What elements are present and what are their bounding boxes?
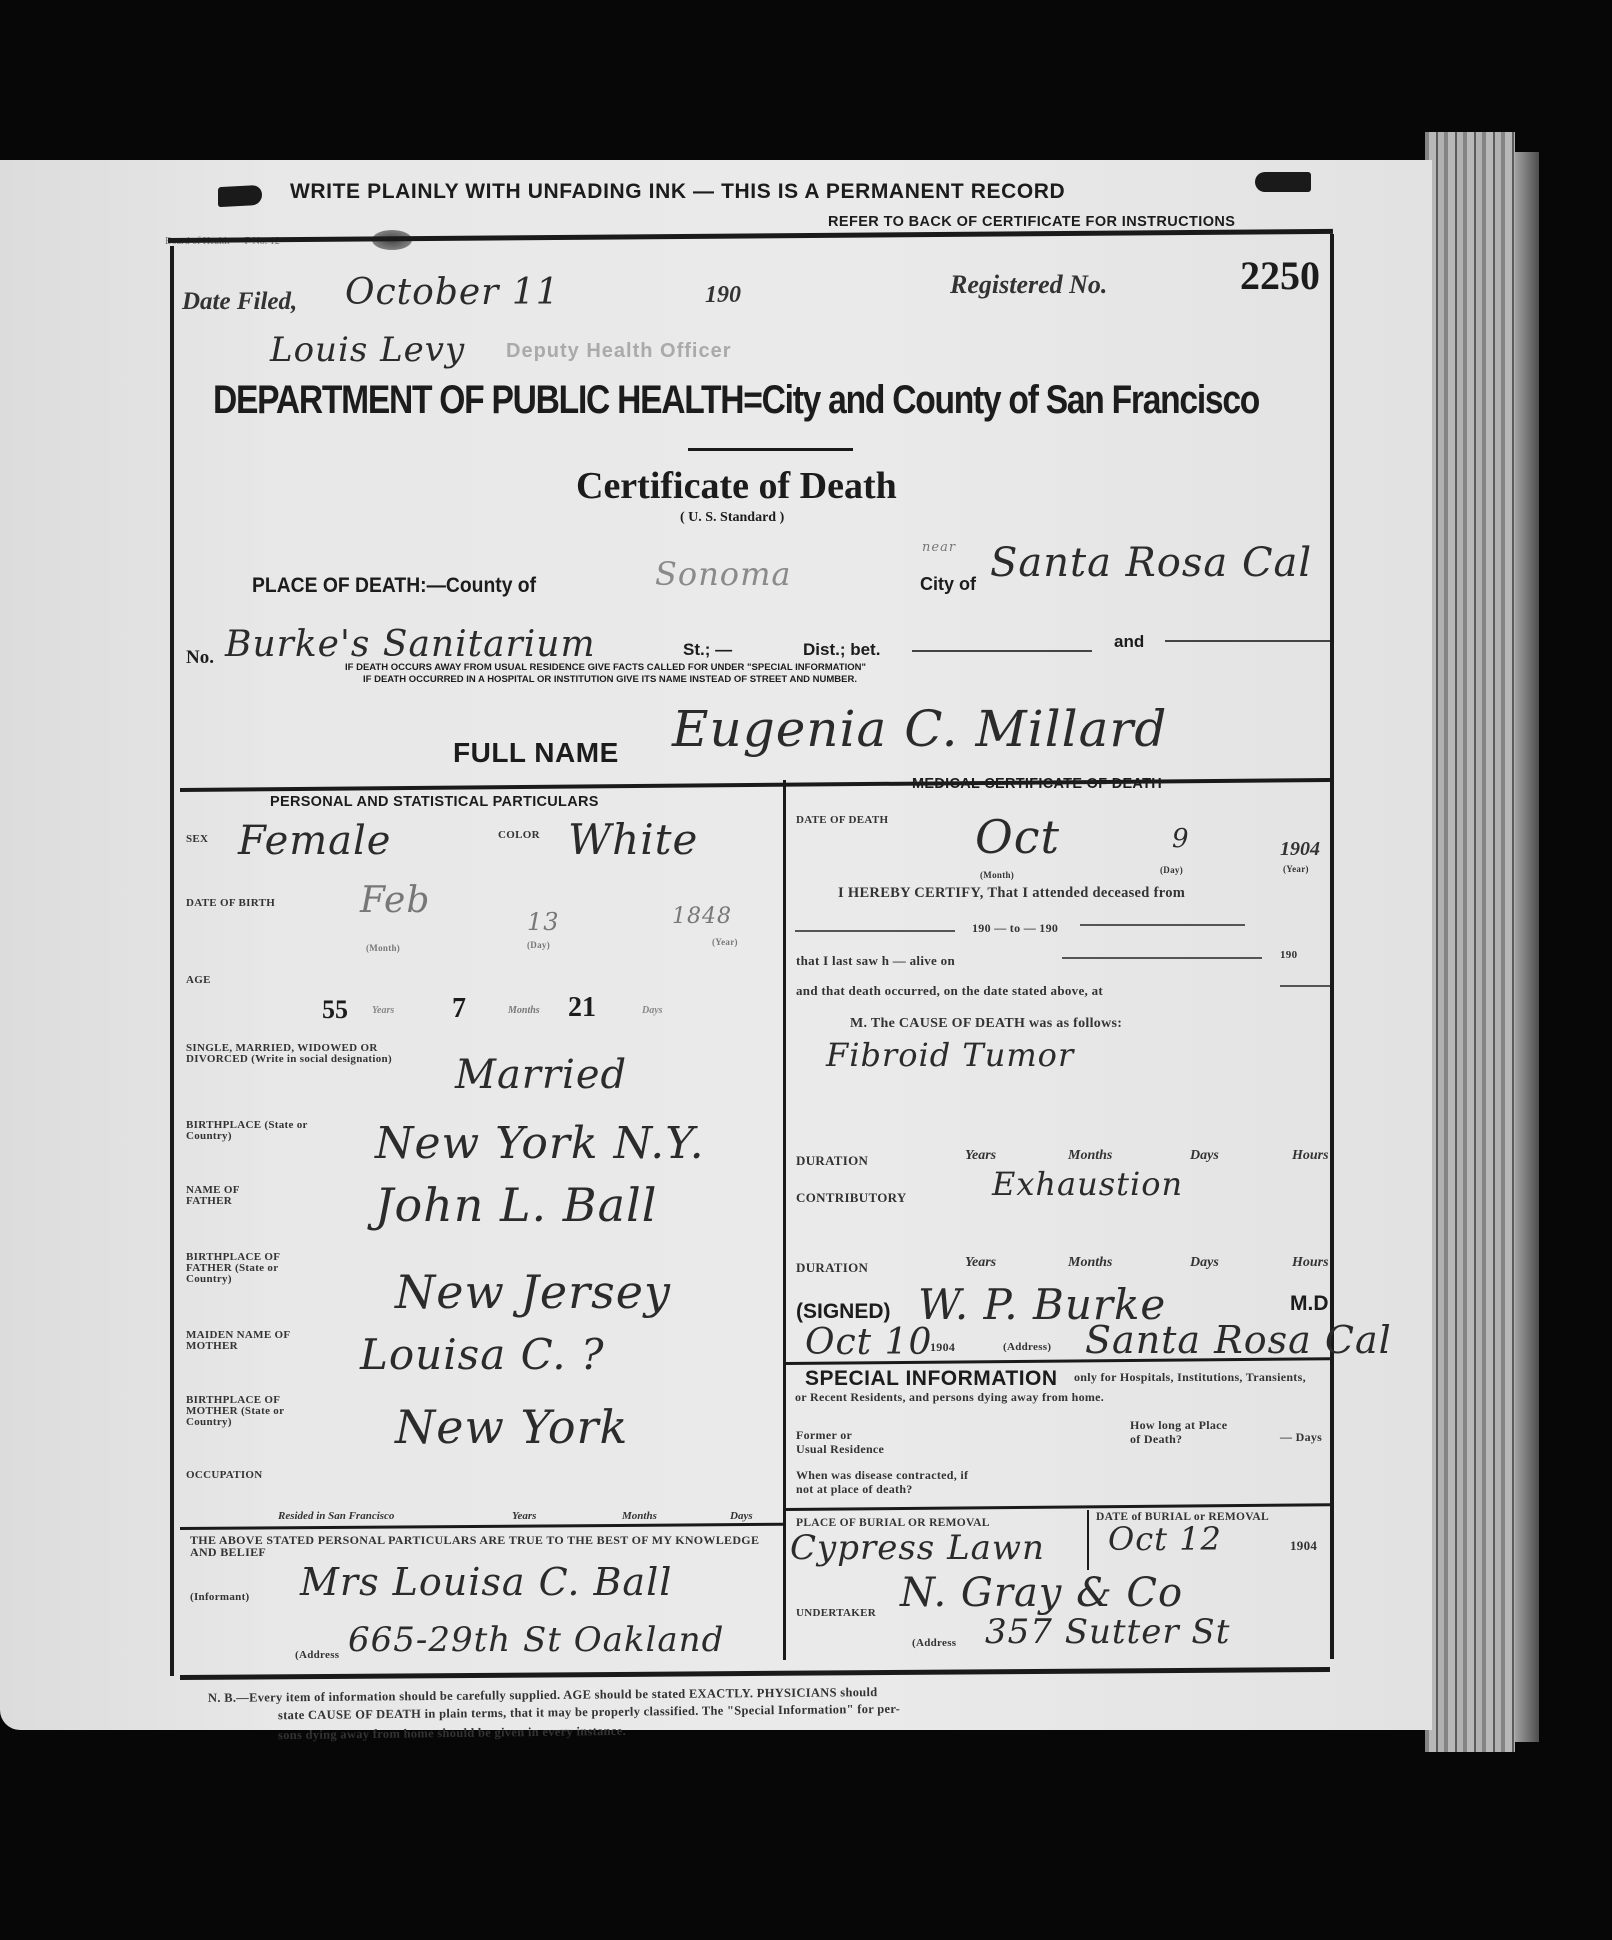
father-birthplace-label: BIRTHPLACE OF FATHER (State or Country) [186,1252,326,1285]
duration-hours-1: Hours [1292,1148,1329,1164]
marital-label: SINGLE, MARRIED, WIDOWED OR DIVORCED (Wr… [186,1043,396,1065]
age-days: 21 [568,992,596,1024]
occupation-label: OCCUPATION [186,1470,263,1481]
last-saw-year: 190 [1280,950,1297,961]
department-title: DEPARTMENT OF PUBLIC HEALTH=City and Cou… [213,378,1259,423]
dob-month-caption: (Month) [366,943,400,954]
date-of-death-year: 1904 [1280,838,1320,861]
undertaker-address: 357 Sutter St [985,1612,1230,1652]
birthplace-value: New York N.Y. [375,1118,705,1169]
duration-label-2: DURATION [796,1262,868,1273]
marital-value: Married [455,1052,627,1098]
district-from-line [912,650,1092,652]
duration-hours-2: Hours [1292,1255,1329,1271]
age-years-caption: Years [372,1005,394,1016]
resided-years: Years [512,1510,536,1522]
how-long-label: How long at Place of Death? [1130,1418,1240,1446]
undertaker-label: UNDERTAKER [796,1608,876,1619]
duration-days-1: Days [1190,1148,1219,1164]
occurred-statement: and that death occurred, on the date sta… [796,985,1103,996]
residence-note-2: IF DEATH OCCURRED IN A HOSPITAL OR INSTI… [363,674,857,685]
mother-birthplace-label: BIRTHPLACE OF MOTHER (State or Country) [186,1395,326,1428]
city-label: City of [920,574,976,595]
full-name-label: FULL NAME [453,737,619,769]
color-label: COLOR [498,830,540,841]
residence-note-1: IF DEATH OCCURS AWAY FROM USUAL RESIDENC… [345,662,866,673]
health-officer-signature: Louis Levy [270,330,465,370]
occurred-line [1280,985,1330,987]
birthplace-label: BIRTHPLACE (State or Country) [186,1120,326,1142]
last-saw-line [1062,957,1262,959]
certificate-subtitle: ( U. S. Standard ) [680,510,784,526]
full-name-value: Eugenia C. Millard [672,700,1167,758]
physician-address: Santa Rosa Cal [1085,1318,1392,1362]
age-months-caption: Months [508,1005,540,1016]
informant-name: Mrs Louisa C. Ball [300,1560,672,1604]
attended-from-to: 190 — to — 190 [972,923,1058,934]
mother-maiden-name-label: MAIDEN NAME OF MOTHER [186,1330,296,1352]
district-label: Dist.; bet. [803,640,880,660]
undertaker-address-label: (Address [912,1638,956,1649]
undertaker-value: N. Gray & Co [900,1570,1183,1616]
personal-heading: PERSONAL AND STATISTICAL PARTICULARS [270,794,599,810]
father-name-value: John L. Ball [375,1178,657,1232]
dod-day-caption: (Day) [1160,865,1183,876]
informant-label: (Informant) [190,1592,250,1603]
registered-label: Registered No. [950,270,1107,300]
institution-value: Burke's Sanitarium [225,624,596,665]
dob-label: DATE OF BIRTH [186,898,275,909]
form-left-rule [170,246,174,1676]
refer-instructions: REFER TO BACK OF CERTIFICATE FOR INSTRUC… [828,214,1235,230]
age-months: 7 [452,993,466,1025]
dob-year: 1848 [672,904,732,929]
book-page-edges [1425,132,1515,1752]
date-filed-year-prefix: 190 [705,282,741,309]
column-divider [783,780,786,1660]
burial-date-value: Oct 12 [1108,1520,1222,1558]
hand-pointer-right-icon [1255,172,1311,192]
cause-of-death-value: Fibroid Tumor [826,1036,1074,1074]
date-filed-label: Date Filed, [182,288,297,316]
cause-of-death-label: M. The CAUSE OF DEATH was as follows: [850,1018,1122,1029]
contributory-label: CONTRIBUTORY [796,1192,907,1203]
contributory-value: Exhaustion [992,1165,1183,1203]
city-value: Santa Rosa Cal [990,540,1312,586]
last-saw-statement: that I last saw h — alive on [796,955,955,966]
dod-year-caption: (Year) [1283,864,1309,875]
street-no-label: No. [186,647,214,669]
signed-label: (SIGNED) [796,1300,891,1324]
hand-pointer-left-icon [218,185,262,207]
near-annotation: near [922,540,956,555]
date-of-death-day: 9 [1172,824,1190,854]
dob-day-caption: (Day) [527,940,550,951]
mother-maiden-name-value: Louisa C. ? [360,1330,604,1379]
registered-number: 2250 [1240,252,1320,299]
burial-year: 1904 [1290,1540,1317,1551]
attended-to-line [1080,924,1245,926]
duration-years-2: Years [965,1255,996,1271]
top-warning: WRITE PLAINLY WITH UNFADING INK — THIS I… [290,180,1065,204]
duration-label-1: DURATION [796,1155,868,1166]
county-value: Sonoma [655,555,791,593]
health-officer-title: Deputy Health Officer [506,340,731,363]
certify-statement: I HEREBY CERTIFY, That I attended deceas… [838,888,1185,899]
date-of-death-label: DATE OF DEATH [796,815,888,826]
dob-day: 13 [527,908,560,936]
former-residence-label: Former or Usual Residence [796,1428,886,1456]
burial-divider [1087,1510,1089,1570]
dob-month: Feb [360,880,430,921]
signed-year: 1904 [930,1342,955,1353]
father-name-label: NAME OF FATHER [186,1185,276,1207]
informant-address-label: (Address [295,1650,339,1661]
mother-birthplace-value: New York [395,1400,628,1454]
form-right-rule [1330,234,1334,1659]
duration-months-1: Months [1068,1148,1112,1164]
special-info-heading: SPECIAL INFORMATION [805,1367,1058,1391]
age-label: AGE [186,975,211,986]
district-to-line [1165,640,1330,642]
street-label: St.; — [683,640,732,660]
md-label: M.D. [1290,1292,1334,1316]
title-divider [688,448,853,451]
informant-statement: THE ABOVE STATED PERSONAL PARTICULARS AR… [190,1534,775,1558]
resided-days: Days [730,1510,753,1522]
contracted-label: When was disease contracted, if not at p… [796,1468,986,1496]
sex-value: Female [238,818,391,864]
attended-from-line [795,930,955,932]
days-label: — Days [1280,1432,1322,1443]
informant-address: 665-29th St Oakland [348,1620,724,1660]
color-value: White [568,815,698,864]
special-info-note: only for Hospitals, Institutions, Transi… [1074,1372,1306,1383]
certificate-title: Certificate of Death [576,464,897,508]
duration-days-2: Days [1190,1255,1219,1271]
physician-address-label: (Address) [1003,1342,1051,1353]
age-days-caption: Days [642,1005,663,1016]
date-filed-value: October 11 [345,272,560,313]
signed-date: Oct 10 [805,1322,932,1363]
age-years: 55 [322,995,348,1025]
father-birthplace-value: New Jersey [395,1265,671,1319]
resided-label: Resided in San Francisco [278,1510,394,1522]
place-of-death-label: PLACE OF DEATH:—County of [252,574,536,598]
medical-heading: MEDICAL CERTIFICATE OF DEATH [912,776,1162,792]
resided-months: Months [622,1510,657,1522]
dod-month-caption: (Month) [980,870,1014,881]
special-info-note-2: or Recent Residents, and persons dying a… [795,1392,1104,1403]
date-of-death-month: Oct [975,810,1060,864]
burial-place-value: Cypress Lawn [790,1528,1045,1568]
duration-months-2: Months [1068,1255,1112,1271]
district-and-label: and [1114,632,1144,652]
dob-year-caption: (Year) [712,937,738,948]
nb-line-3: sons dying away from home should be give… [278,1726,626,1741]
duration-years-1: Years [965,1148,996,1164]
sex-label: SEX [186,834,208,845]
